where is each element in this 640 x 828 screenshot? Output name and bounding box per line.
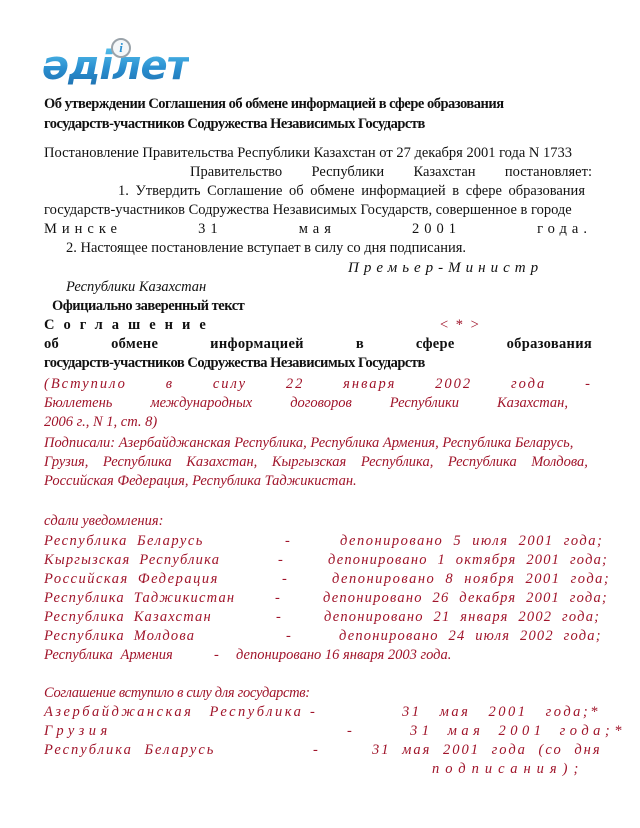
word: мая	[299, 220, 336, 239]
in-force-dash: -	[347, 722, 352, 741]
word: обмене	[111, 335, 158, 354]
word: Казахстан,	[186, 453, 257, 472]
notification-dash: -	[278, 551, 283, 570]
adilet-logo[interactable]: әділет i	[42, 38, 189, 88]
word: 2001	[412, 220, 461, 239]
notifications-label: сдали уведомления:	[44, 512, 592, 531]
notification-dash: -	[275, 589, 280, 608]
item-1-line-1: 1. Утвердить Соглашение об обмене информ…	[118, 182, 592, 201]
notification-country: Республика Казахстан	[44, 608, 212, 627]
signed-by-line-3: Российская Федерация, Республика Таджики…	[44, 472, 592, 491]
notification-dash: -	[285, 532, 290, 551]
in-force-date: 31 мая 2001 года;*	[410, 722, 592, 741]
signature-country: Республики Казахстан	[66, 278, 614, 297]
in-force-dash: -	[310, 703, 315, 722]
agreement-subtitle-line-1: об обмене информацией в сфере образовани…	[44, 335, 592, 354]
in-force-country: Грузия	[44, 722, 112, 741]
document-page: әділет i Об утверждении Соглашения об об…	[0, 0, 640, 828]
word: договоров	[290, 394, 352, 413]
agreement-subtitle-line-2: государств-участников Содружества Незави…	[44, 354, 592, 373]
word: Минске	[44, 220, 122, 239]
word: Бюллетень	[44, 394, 112, 413]
notification-dash: -	[286, 627, 291, 646]
notification-date: депонировано 8 ноября 2001 года;	[332, 570, 592, 589]
notification-country: Республика Таджикистан	[44, 589, 235, 608]
notification-country: Республика Беларусь	[44, 532, 204, 551]
word: Республика,	[361, 453, 434, 472]
word: образования	[507, 335, 592, 354]
item-1-line-2: государств-участников Содружества Незави…	[44, 201, 592, 220]
document-title-line-2: государств-участников Содружества Незави…	[44, 115, 592, 134]
notification-date: депонировано 26 декабря 2001 года;	[323, 589, 592, 608]
notification-dash: -	[214, 646, 219, 665]
word: постановляет:	[505, 163, 592, 182]
notification-date: депонировано 5 июля 2001 года;	[340, 532, 592, 551]
decree-header: Постановление Правительства Республики К…	[44, 144, 592, 163]
in-force-country: Азербайджанская Республика	[44, 703, 303, 722]
item-2: 2. Настоящее постановление вступает в си…	[66, 239, 614, 258]
notification-date: депонировано 16 января 2003 года.	[236, 646, 592, 665]
in-force-country: Республика Беларусь	[44, 741, 215, 760]
word: 2002	[435, 375, 472, 394]
entry-note-line-1: (Вступило в силу 22 января 2002 года -	[44, 375, 592, 394]
word: Республика	[448, 453, 517, 472]
word: международных	[150, 394, 252, 413]
word: (Вступило	[44, 375, 127, 394]
word: в	[356, 335, 364, 354]
in-force-label: Соглашение вступило в силу для государст…	[44, 684, 592, 703]
notification-date: депонировано 21 января 2002 года;	[324, 608, 592, 627]
word: Республика	[103, 453, 172, 472]
word: Казахстан	[414, 163, 476, 182]
word: Казахстан,	[497, 394, 568, 413]
agreement-heading: Соглашение	[44, 316, 592, 335]
word: года.	[537, 220, 592, 239]
signed-by-line-2: Грузия, Республика Казахстан, Кыргызская…	[44, 453, 588, 472]
notification-dash: -	[276, 608, 281, 627]
word: 22	[286, 375, 305, 394]
in-force-continuation: подписания);	[432, 760, 592, 779]
government-decides: Правительство Республики Казахстан поста…	[190, 163, 592, 182]
info-magnifier-icon: i	[111, 38, 131, 58]
word: Республики	[311, 163, 384, 182]
word: Молдова,	[531, 453, 588, 472]
entry-note-line-3: 2006 г., N 1, ст. 8)	[44, 413, 592, 432]
word: Республики	[390, 394, 459, 413]
item-1-line-3: Минске 31 мая 2001 года.	[44, 220, 592, 239]
word: силу	[213, 375, 247, 394]
agreement-note-link[interactable]: < * >	[440, 316, 500, 335]
entry-note-line-2: Бюллетень международных договоров Респуб…	[44, 394, 568, 413]
notification-date: депонировано 24 июля 2002 года;	[339, 627, 592, 646]
in-force-date: 31 мая 2001 года;*	[402, 703, 592, 722]
word: Кыргызская	[272, 453, 347, 472]
word: информацией	[210, 335, 304, 354]
notification-date: депонировано 1 октября 2001 года;	[328, 551, 592, 570]
word: января	[343, 375, 396, 394]
signature-title: Премьер-Министр	[348, 259, 592, 278]
notification-country: Республика Молдова	[44, 627, 195, 646]
notification-country: Российская Федерация	[44, 570, 219, 589]
signed-by-line-1: Подписали: Азербайджанская Республика, Р…	[44, 434, 592, 453]
in-force-date: 31 мая 2001 года (со дня	[372, 741, 592, 760]
notification-country: Республика Армения	[44, 646, 173, 665]
word: -	[585, 375, 592, 394]
notification-dash: -	[282, 570, 287, 589]
word: сфере	[416, 335, 455, 354]
official-text-label: Официально заверенный текст	[52, 297, 600, 316]
word: Грузия,	[44, 453, 88, 472]
in-force-dash: -	[313, 741, 318, 760]
word: в	[166, 375, 174, 394]
notification-country: Кыргызская Республика	[44, 551, 220, 570]
word: года	[511, 375, 546, 394]
word: 31	[198, 220, 223, 239]
document-title-line-1: Об утверждении Соглашения об обмене инфо…	[44, 95, 592, 114]
word: Правительство	[190, 163, 282, 182]
word: об	[44, 335, 59, 354]
